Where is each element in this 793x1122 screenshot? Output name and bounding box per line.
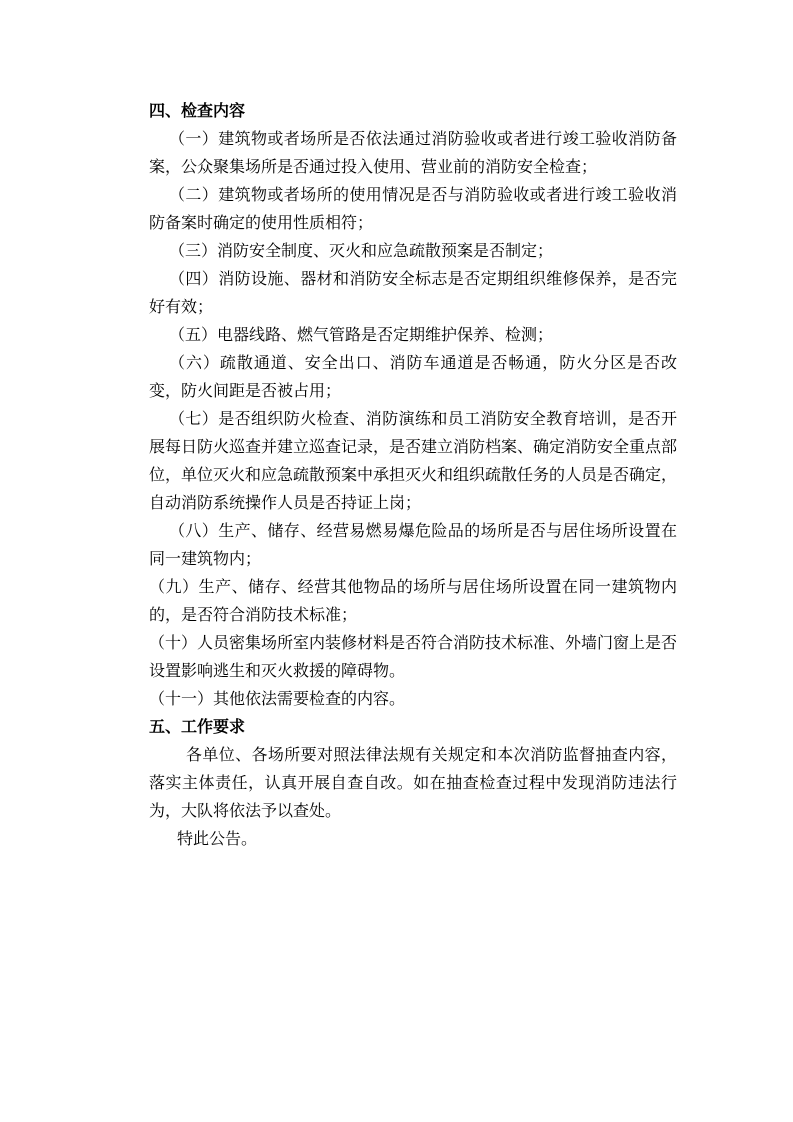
section-heading-requirements: 五、工作要求: [149, 714, 677, 742]
inspection-item-10: （十）人员密集场所室内装修材料是否符合消防技术标准、外墙门窗上是否设置影响逃生和…: [149, 630, 677, 686]
inspection-item-3: （三）消防安全制度、灭火和应急疏散预案是否制定；: [149, 238, 677, 266]
inspection-item-7: （七）是否组织防火检查、消防演练和员工消防安全教育培训，是否开展每日防火巡查并建…: [149, 406, 677, 518]
section-heading-inspection: 四、检查内容: [149, 98, 677, 126]
closing-statement: 特此公告。: [149, 826, 677, 854]
inspection-item-6: （六）疏散通道、安全出口、消防车通道是否畅通，防火分区是否改变，防火间距是否被占…: [149, 350, 677, 406]
inspection-item-9: （九）生产、储存、经营其他物品的场所与居住场所设置在同一建筑物内的，是否符合消防…: [149, 574, 677, 630]
inspection-item-11: （十一）其他依法需要检查的内容。: [149, 686, 677, 714]
inspection-item-2: （二）建筑物或者场所的使用情况是否与消防验收或者进行竣工验收消防备案时确定的使用…: [149, 182, 677, 238]
inspection-item-1: （一）建筑物或者场所是否依法通过消防验收或者进行竣工验收消防备案，公众聚集场所是…: [149, 126, 677, 182]
document-page: 四、检查内容 （一）建筑物或者场所是否依法通过消防验收或者进行竣工验收消防备案，…: [0, 0, 793, 1122]
inspection-item-5: （五）电器线路、燃气管路是否定期维护保养、检测；: [149, 322, 677, 350]
inspection-item-4: （四）消防设施、器材和消防安全标志是否定期组织维修保养，是否完好有效；: [149, 266, 677, 322]
inspection-item-8: （八）生产、储存、经营易燃易爆危险品的场所是否与居住场所设置在同一建筑物内；: [149, 518, 677, 574]
requirements-paragraph: 各单位、各场所要对照法律法规有关规定和本次消防监督抽查内容，落实主体责任，认真开…: [149, 742, 677, 826]
